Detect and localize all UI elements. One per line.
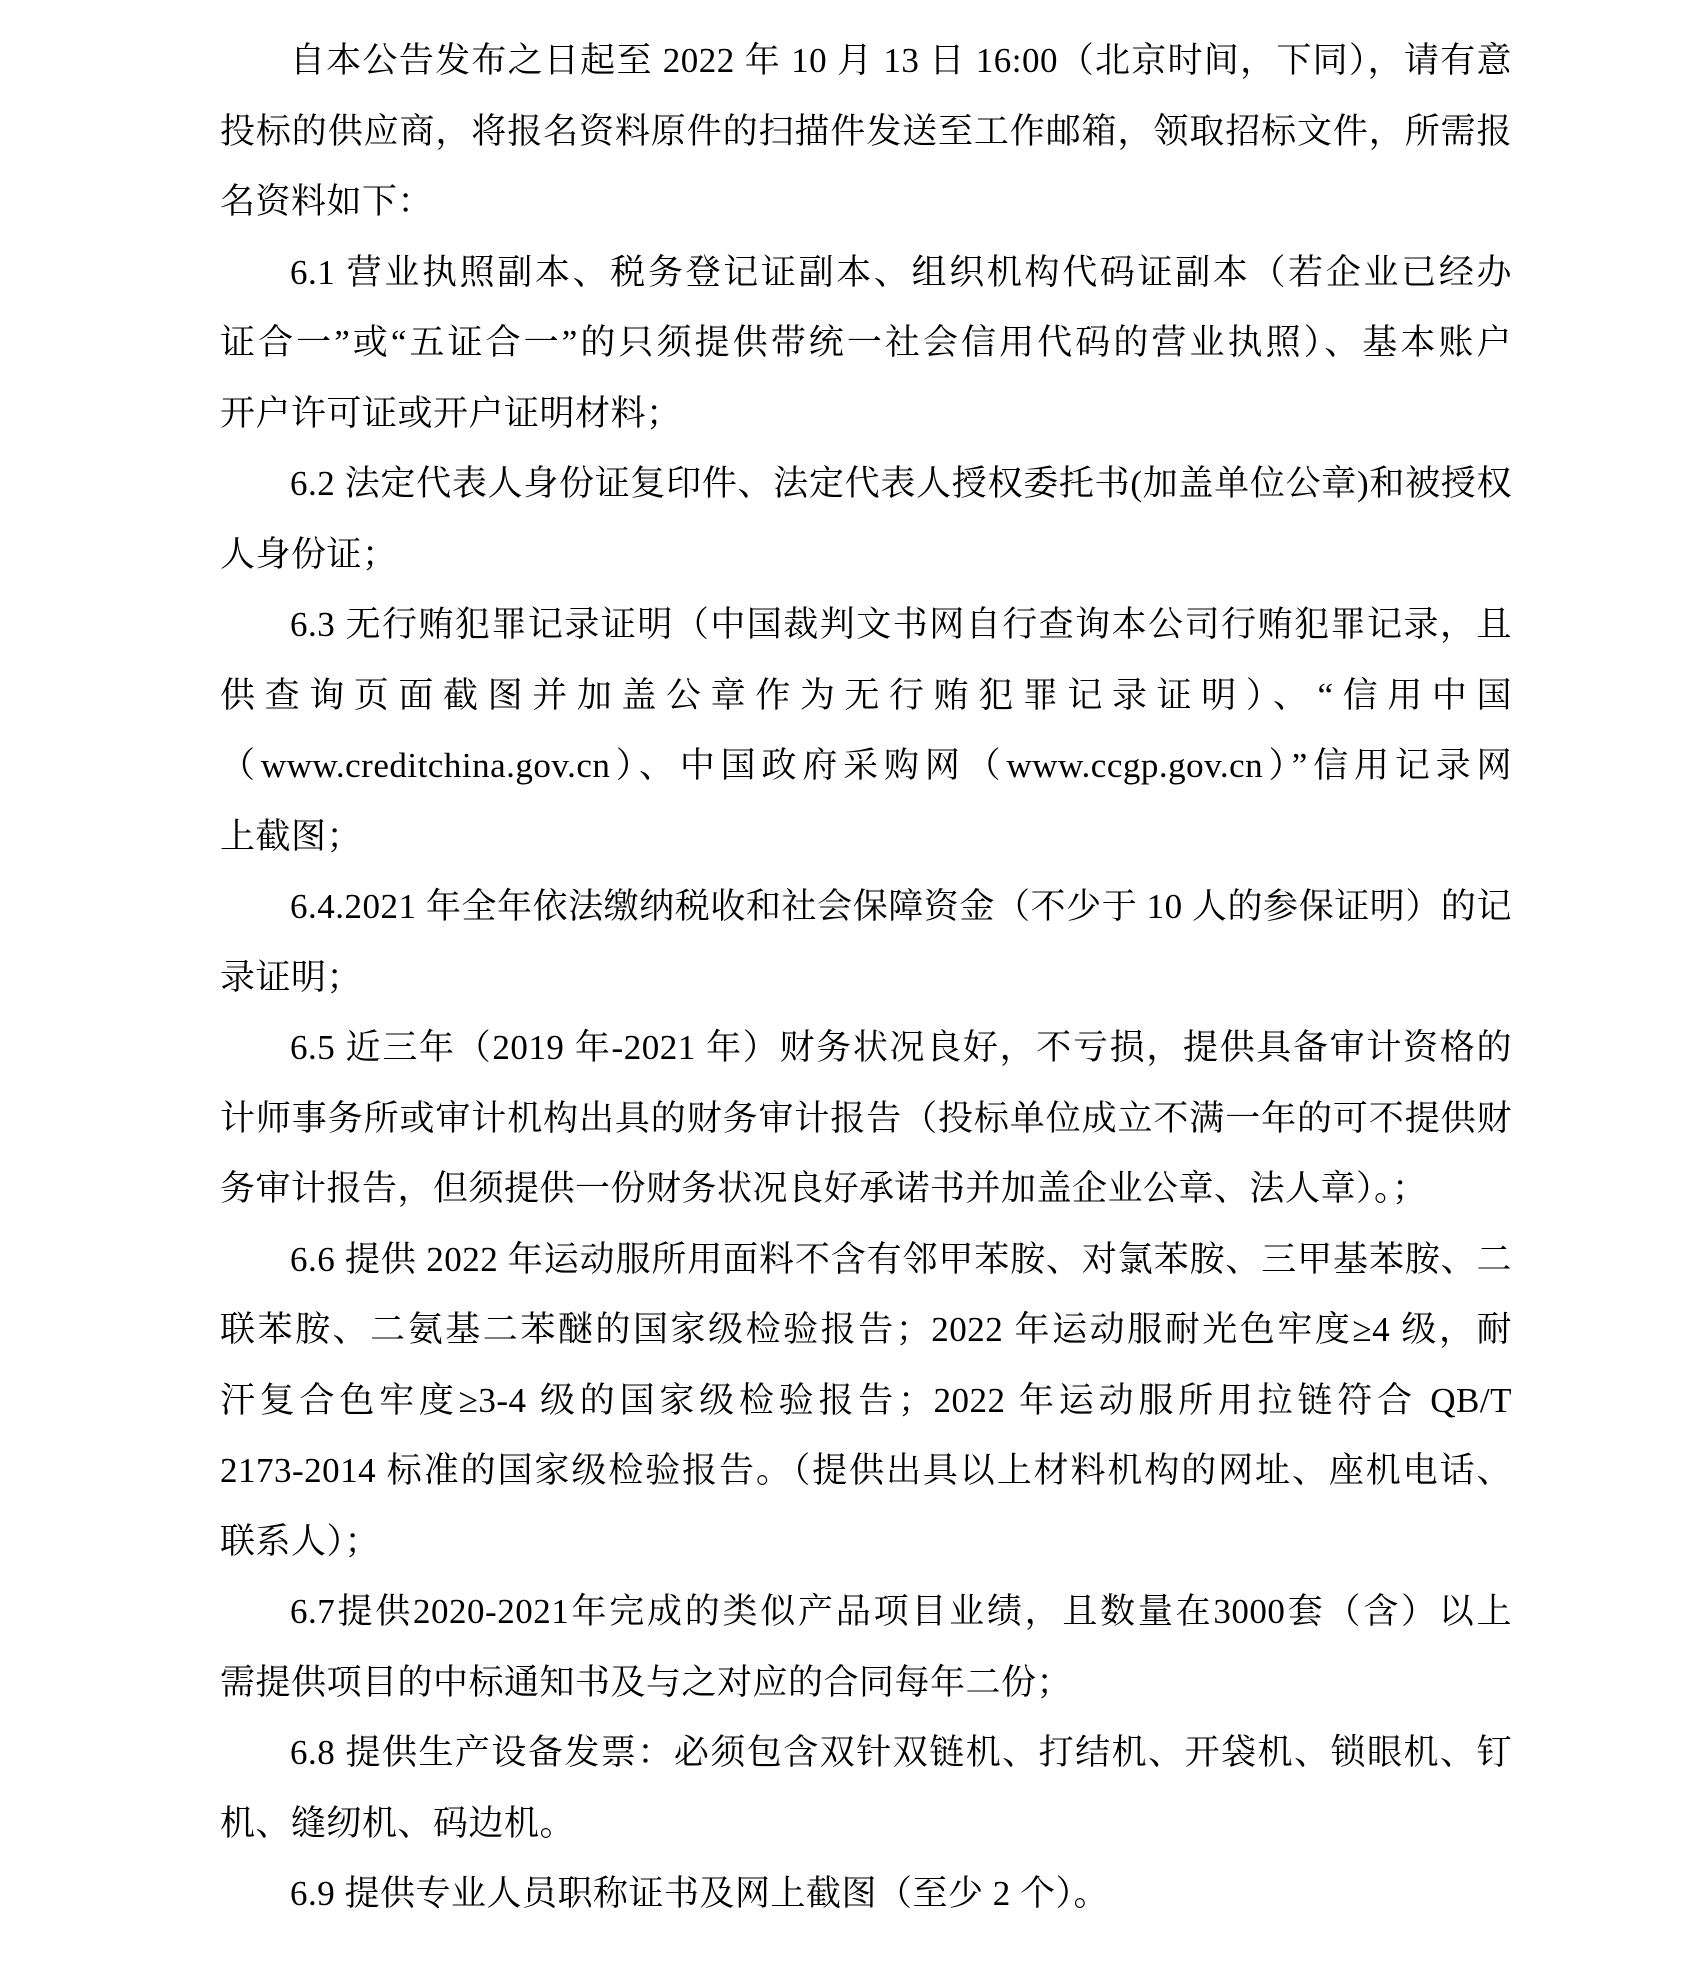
- text-line: 6.7提供2020-2021年完成的类似产品项目业绩，且数量在3000套（含）以…: [220, 1577, 1512, 1648]
- paragraph-item-6-4: 6.4.2021 年全年依法缴纳税收和社会保障资金（不少于 10 人的参保证明）…: [220, 872, 1512, 1013]
- text-line: 6.8 提供生产设备发票：必须包含双针双链机、打结机、开袋机、锁眼机、钉扣: [220, 1718, 1512, 1789]
- text-line: 6.1 营业执照副本、税务登记证副本、组织机构代码证副本（若企业已经办理“三: [220, 238, 1512, 309]
- text-line: 证合一”或“五证合一”的只须提供带统一社会信用代码的营业执照）、基本账户: [220, 308, 1512, 379]
- text-line: 供查询页面截图并加盖公章作为无行贿犯罪记录证明）、“信用中国: [220, 661, 1512, 732]
- text-line: 联系人）；: [220, 1507, 1512, 1578]
- text-line: 6.3 无行贿犯罪记录证明（中国裁判文书网自行查询本公司行贿犯罪记录，且提: [220, 590, 1512, 661]
- text-line: 联苯胺、二氨基二苯醚的国家级检验报告；2022 年运动服耐光色牢度≥4 级，耐光…: [220, 1295, 1512, 1366]
- text-line: 2173-2014 标准的国家级检验报告。（提供出具以上材料机构的网址、座机电话…: [220, 1436, 1512, 1507]
- paragraph-item-6-9: 6.9 提供专业人员职称证书及网上截图（至少 2 个）。: [220, 1859, 1512, 1930]
- paragraph-item-6-5: 6.5 近三年（2019 年-2021 年）财务状况良好，不亏损，提供具备审计资…: [220, 1013, 1512, 1225]
- text-line: 上截图；: [220, 802, 1512, 873]
- text-line: 务审计报告，但须提供一份财务状况良好承诺书并加盖企业公章、法人章）。；: [220, 1154, 1512, 1225]
- text-line: 6.5 近三年（2019 年-2021 年）财务状况良好，不亏损，提供具备审计资…: [220, 1013, 1512, 1084]
- paragraph-item-6-7: 6.7提供2020-2021年完成的类似产品项目业绩，且数量在3000套（含）以…: [220, 1577, 1512, 1718]
- text-line: 名资料如下：: [220, 167, 1512, 238]
- paragraph-item-6-8: 6.8 提供生产设备发票：必须包含双针双链机、打结机、开袋机、锁眼机、钉扣机、缝…: [220, 1718, 1512, 1859]
- paragraph-item-6-2: 6.2 法定代表人身份证复印件、法定代表人授权委托书(加盖单位公章)和被授权人身…: [220, 449, 1512, 590]
- text-line: 计师事务所或审计机构出具的财务审计报告（投标单位成立不满一年的可不提供财: [220, 1084, 1512, 1155]
- text-line: 录证明；: [220, 943, 1512, 1014]
- text-line: （www.creditchina.gov.cn）、中国政府采购网（www.ccg…: [220, 731, 1512, 802]
- paragraph-item-6-3: 6.3 无行贿犯罪记录证明（中国裁判文书网自行查询本公司行贿犯罪记录，且提供查询…: [220, 590, 1512, 872]
- text-line: 6.9 提供专业人员职称证书及网上截图（至少 2 个）。: [220, 1859, 1512, 1930]
- text-line: 6.4.2021 年全年依法缴纳税收和社会保障资金（不少于 10 人的参保证明）…: [220, 872, 1512, 943]
- text-line: 6.6 提供 2022 年运动服所用面料不含有邻甲苯胺、对氯苯胺、三甲基苯胺、二…: [220, 1225, 1512, 1296]
- text-line: 开户许可证或开户证明材料；: [220, 379, 1512, 450]
- text-line: 汗复合色牢度≥3-4 级的国家级检验报告；2022 年运动服所用拉链符合 QB/…: [220, 1366, 1512, 1437]
- text-line: 人身份证；: [220, 520, 1512, 591]
- text-line: 自本公告发布之日起至 2022 年 10 月 13 日 16:00（北京时间，下…: [220, 26, 1512, 97]
- text-line: 6.2 法定代表人身份证复印件、法定代表人授权委托书(加盖单位公章)和被授权: [220, 449, 1512, 520]
- text-line: 机、缝纫机、码边机。: [220, 1789, 1512, 1860]
- document-page: 自本公告发布之日起至 2022 年 10 月 13 日 16:00（北京时间，下…: [0, 0, 1690, 1975]
- paragraph-intro: 自本公告发布之日起至 2022 年 10 月 13 日 16:00（北京时间，下…: [220, 26, 1512, 238]
- text-line: 投标的供应商，将报名资料原件的扫描件发送至工作邮箱，领取招标文件，所需报: [220, 97, 1512, 168]
- paragraph-item-6-6: 6.6 提供 2022 年运动服所用面料不含有邻甲苯胺、对氯苯胺、三甲基苯胺、二…: [220, 1225, 1512, 1578]
- paragraph-item-6-1: 6.1 营业执照副本、税务登记证副本、组织机构代码证副本（若企业已经办理“三证合…: [220, 238, 1512, 450]
- document-content: 自本公告发布之日起至 2022 年 10 月 13 日 16:00（北京时间，下…: [220, 26, 1512, 1930]
- text-line: 需提供项目的中标通知书及与之对应的合同每年二份；: [220, 1648, 1512, 1719]
